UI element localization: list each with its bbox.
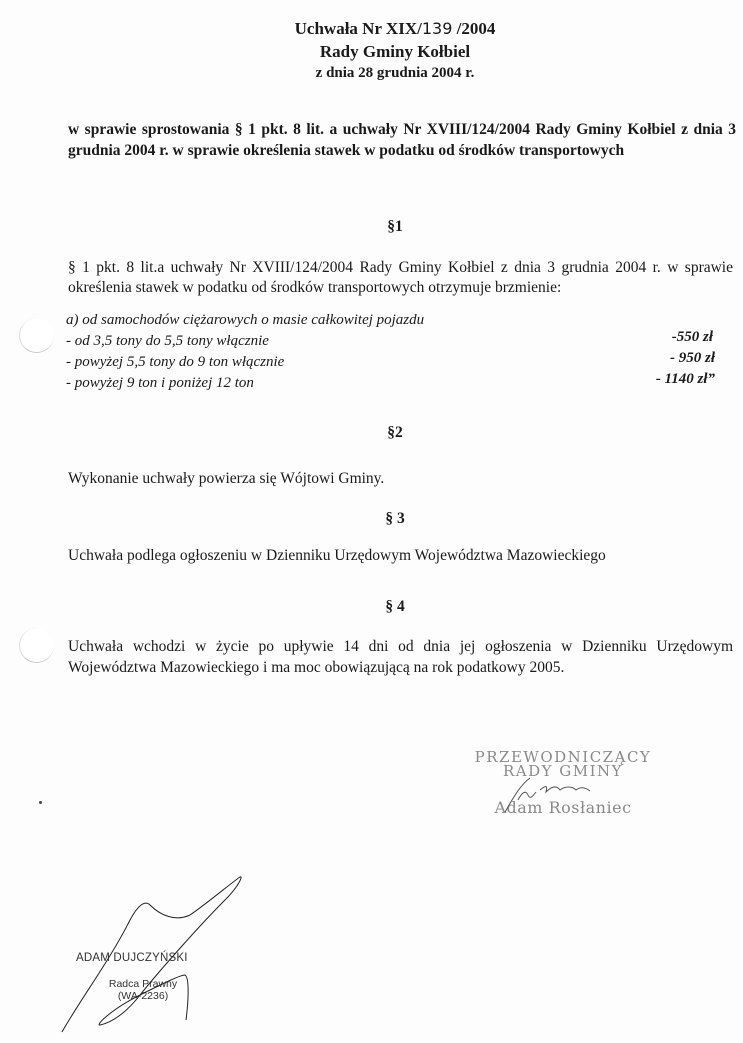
advisor-signature (62, 877, 241, 1032)
chairman-signature (505, 778, 590, 812)
signatures (0, 0, 743, 1043)
